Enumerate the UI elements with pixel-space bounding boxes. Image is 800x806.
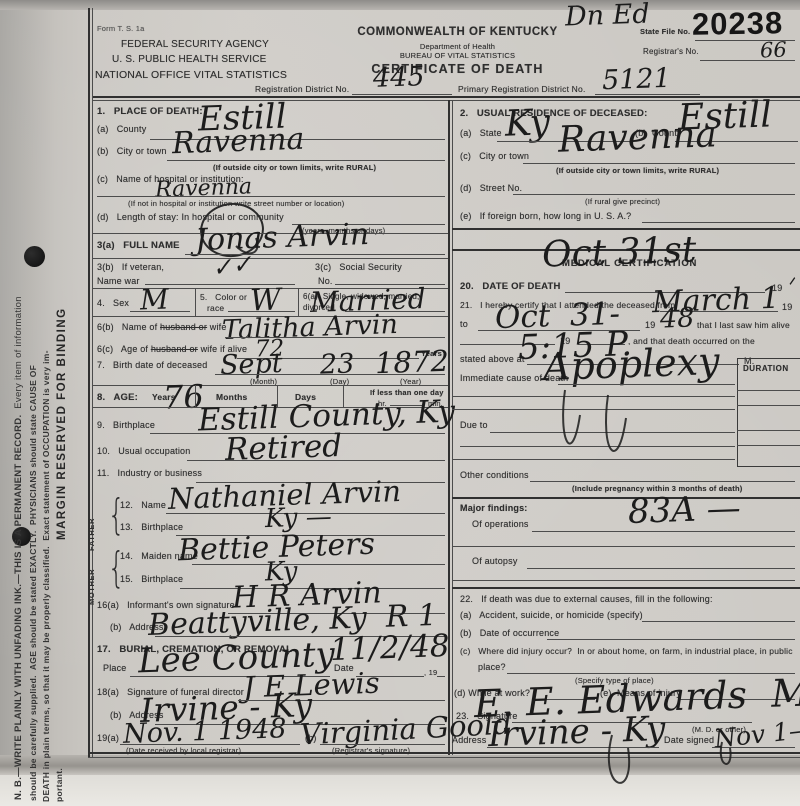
rule-22-top	[452, 587, 800, 589]
registrar-no-label: Registrar's No.	[643, 47, 699, 56]
due-blank-line2	[452, 459, 735, 460]
birth-date-label: 7. Birth date of deceased	[97, 360, 207, 370]
border-left-outer	[88, 8, 90, 757]
burial-year-line	[437, 676, 445, 677]
sex-label: 4. Sex	[97, 298, 129, 308]
spouse-name-value: Talitha Arvin	[222, 309, 399, 346]
autopsy-blank-line	[452, 580, 795, 581]
pod-county-label: (a) County	[97, 124, 146, 134]
occupation-line	[187, 460, 445, 461]
residence-street-note: (If rural give precinct)	[585, 197, 660, 206]
agency-line1: FEDERAL SECURITY AGENCY	[121, 39, 269, 50]
registration-district-value: 445	[372, 61, 425, 94]
burial-date-suffix: , 19	[424, 668, 437, 677]
spouse-age-label-struck: husband or	[151, 344, 198, 354]
ssn-label: 3(c) Social Security	[315, 262, 402, 272]
due-to-line	[490, 432, 735, 433]
received-date-label: 19(a)	[97, 733, 119, 743]
margin-binding-note: MARGIN RESERVED FOR BINDING	[56, 307, 68, 540]
residence-foreign-line	[642, 222, 795, 223]
registrar-no-line	[700, 60, 795, 61]
rule-other-bottom	[452, 497, 800, 499]
duration-line2	[737, 405, 800, 406]
registrar-sig-note: (Registrar's signature)	[332, 746, 410, 755]
duration-label: DURATION	[743, 364, 789, 373]
residence-state-value: Ky	[504, 102, 550, 145]
death-certificate-scan: N. B.—WRITE PLAINLY WITH UNFADING INK.—T…	[0, 0, 800, 806]
stated-above-label: stated above at	[460, 354, 525, 364]
full-name-label: 3(a) FULL NAME	[97, 240, 180, 251]
to-year-hw: 48	[659, 302, 694, 334]
spouse-name-label: 6(b) Name of husband or wife	[97, 322, 227, 332]
spouse-name-label-struck: husband or	[160, 322, 207, 332]
scan-background-bottom	[0, 775, 800, 806]
duration-line1	[737, 390, 800, 391]
last-saw-text: that I last saw him alive	[697, 320, 790, 330]
margin-note-line4: portant.	[54, 768, 64, 802]
margin-note-line2: should be carefully supplied. AGE should…	[28, 365, 38, 801]
certificate-title: CERTIFICATE OF DEATH	[330, 62, 585, 76]
occurrence-label: (b) Date of occurrence	[460, 628, 559, 638]
external-causes-title: 22. If death was due to external causes,…	[460, 594, 713, 604]
residence-city-note: (If outside city or town limits, write R…	[556, 166, 719, 175]
rule-sex-color	[195, 288, 196, 316]
residence-street-label: (d) Street No.	[460, 183, 522, 193]
of-operations-value: 83A —	[627, 488, 741, 532]
accident-line	[642, 621, 795, 622]
due-to-label: Due to	[460, 420, 488, 430]
occupation-value: Retired	[224, 428, 342, 468]
place-of-death-title: 1. PLACE OF DEATH:	[97, 106, 203, 117]
residence-city-value: Ravenna	[557, 114, 717, 161]
color-race-label: 5. Color or	[200, 292, 247, 302]
rule-7-bottom	[93, 385, 448, 386]
pod-hospital-line	[97, 196, 445, 197]
registrar-sig-line	[320, 744, 445, 745]
duration-line4	[737, 445, 800, 446]
physician-address-line	[487, 747, 659, 748]
age-label: 8. AGE:	[97, 392, 138, 403]
primary-district-line	[595, 94, 700, 95]
agency-line2: U. S. PUBLIC HEALTH SERVICE	[112, 54, 267, 65]
due-blank-line1	[460, 446, 735, 447]
father-name-label: 12. Name	[120, 500, 166, 510]
major-findings-label: Major findings:	[460, 503, 528, 513]
operations-blank-line	[452, 546, 795, 547]
father-birthplace-label: 13. Birthplace	[120, 522, 183, 532]
sex-line	[130, 311, 190, 312]
burial-place-label: Place	[103, 663, 127, 673]
date-signed-line	[712, 747, 795, 748]
mother-birthplace-label: 15. Birthplace	[120, 574, 183, 584]
occupation-label: 10. Usual occupation	[97, 446, 190, 456]
pod-city-note: (If outside city or town limits, write R…	[213, 163, 376, 172]
attended-from-year: 19	[782, 302, 792, 312]
veteran-namewar-label: Name war	[97, 276, 140, 286]
scan-edge-top	[0, 0, 800, 10]
agency-line3: NATIONAL OFFICE VITAL STATISTICS	[95, 69, 287, 81]
residence-street-line	[513, 194, 795, 195]
cause-cont-line2	[452, 409, 735, 410]
duration-box	[737, 358, 800, 467]
border-bottom-inner	[88, 757, 800, 758]
occurrence-line	[547, 639, 795, 640]
industry-label: 11. Industry or business	[97, 468, 202, 478]
form-number: Form T. S. 1a	[97, 24, 144, 33]
rule-s2-bottom	[452, 228, 800, 230]
state-file-label: State File No.	[640, 27, 690, 36]
registrar-no-value: 66	[760, 38, 788, 63]
primary-district-label: Primary Registration District No.	[458, 84, 586, 94]
punch-hole-icon	[24, 246, 45, 267]
residence-city-label: (c) City or town	[460, 151, 529, 161]
rule-age-1	[195, 385, 196, 407]
residence-state-label: (a) State	[460, 128, 502, 138]
birth-date-line	[215, 374, 445, 375]
injury-place-label: place?	[478, 662, 506, 672]
scan-paper-edge	[0, 755, 800, 775]
primary-district-value: 5121	[601, 63, 671, 96]
other-conditions-line	[530, 481, 795, 482]
dept-of-health: Department of Health	[330, 42, 585, 51]
injury-where-label: (c) Where did injury occur? In or about …	[460, 646, 793, 656]
physician-address-value: Irvine - Ky	[487, 709, 666, 755]
date-of-death-label: 20. DATE OF DEATH	[460, 281, 561, 292]
received-date-note: (Date received by local registrar)	[126, 746, 241, 755]
spouse-age-label-pre: 6(c) Age of	[97, 344, 151, 354]
of-autopsy-line	[527, 568, 795, 569]
margin-note-line3: DEATH in plain terms, so that it may be …	[41, 350, 51, 802]
border-left-inner	[92, 8, 93, 757]
other-conditions-label: Other conditions	[460, 470, 529, 480]
full-name-value: Jonas Arvin	[194, 217, 369, 258]
of-operations-label: Of operations	[472, 519, 529, 529]
handwritten-scrawl-top: Dn Ed	[564, 0, 650, 32]
pod-city-line	[167, 160, 445, 161]
birth-day-value: 23	[319, 348, 354, 380]
spouse-name-label-pre: 6(b) Name of	[97, 322, 160, 332]
registration-district-label: Registration District No.	[255, 84, 349, 94]
registration-district-line	[352, 94, 452, 95]
of-operations-line	[532, 531, 795, 532]
pod-city-value: Ravenna	[171, 122, 305, 162]
burial-date-value: 11/2/48	[329, 628, 450, 668]
date-signed-label: Date signed	[664, 735, 714, 745]
immediate-cause-value: Apoplexy	[542, 339, 720, 389]
cause-cont-line1	[452, 396, 735, 397]
veteran-checkmark: ✓✓	[210, 249, 254, 282]
immediate-cause-line	[558, 384, 735, 385]
duration-line3	[737, 430, 800, 431]
commonwealth-title: COMMONWEALTH OF KENTUCKY	[330, 26, 585, 38]
rule-3a-bottom	[93, 258, 448, 259]
color-race-label2: race	[207, 303, 224, 313]
birthplace-label: 9. Birthplace	[97, 420, 155, 430]
to-year-printed: 19	[645, 320, 655, 330]
residence-foreign-label: (e) If foreign born, how long in U. S. A…	[460, 211, 631, 221]
margin-note-line1-rest: Every item of information	[13, 296, 24, 414]
residence-city-line	[523, 163, 795, 164]
father-side-label: FATHER	[87, 518, 96, 551]
mother-name-line	[192, 564, 445, 565]
physician-address-label: Address	[452, 735, 486, 745]
date-of-death-hw: Oct 31st	[541, 229, 697, 275]
pod-city-label: (b) City or town	[97, 146, 167, 156]
of-autopsy-label: Of autopsy	[472, 556, 518, 566]
to-label: to	[460, 319, 468, 329]
margin-note-line1-bold: N. B.—WRITE PLAINLY WITH UNFADING INK.—T…	[13, 415, 24, 800]
received-date-line	[120, 744, 300, 745]
mother-side-label: MOTHER	[87, 569, 96, 605]
bureau-vital-statistics: BUREAU OF VITAL STATISTICS	[330, 51, 585, 60]
accident-label: (a) Accident, suicide, or homicide (spec…	[460, 610, 643, 620]
veteran-label: 3(b) If veteran,	[97, 262, 164, 272]
margin-note-line1: N. B.—WRITE PLAINLY WITH UNFADING INK.—T…	[13, 296, 24, 800]
